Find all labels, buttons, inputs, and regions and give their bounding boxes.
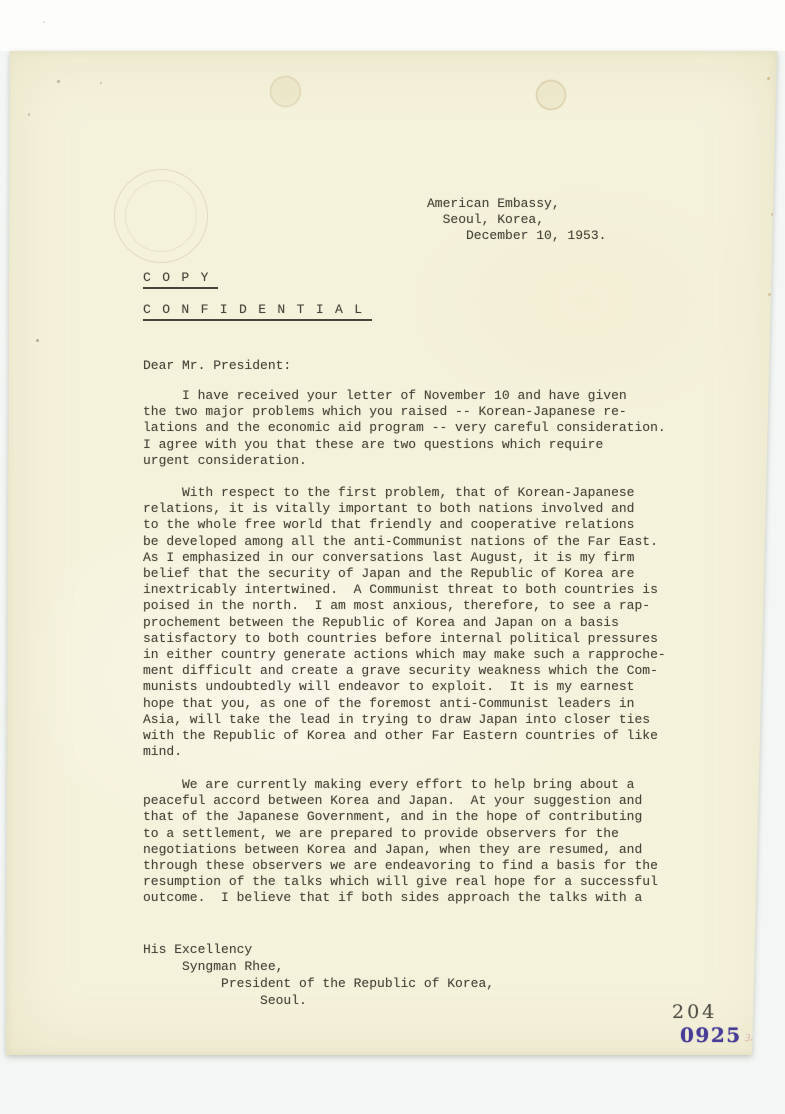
paper-speck (43, 21, 45, 23)
folio-number-stamp: 0925 (680, 1023, 742, 1047)
paper-speck (36, 339, 39, 342)
body-paragraph-1: I have received your letter of November … (143, 388, 666, 469)
scan-background: American Embassy, Seoul, Korea, December… (0, 0, 785, 1114)
paper-speck (28, 113, 30, 116)
classification-label-text: C O N F I D E N T I A L (143, 302, 372, 321)
paper-speck (57, 80, 60, 83)
page-number-stamp: 204 (672, 1001, 717, 1023)
paper-speck (100, 82, 102, 84)
stain-ring-left (270, 76, 301, 107)
copy-label-text: C O P Y (143, 270, 218, 289)
letter-paper: American Embassy, Seoul, Korea, December… (6, 51, 777, 1055)
embossed-seal-inner (125, 180, 197, 252)
paper-speck (767, 77, 770, 80)
pencil-annotation: 34 (743, 1033, 758, 1047)
salutation: Dear Mr. President: (143, 358, 291, 374)
address-date-block: American Embassy, Seoul, Korea, December… (427, 196, 606, 245)
copy-label: C O P Y (143, 270, 218, 289)
paper-speck (768, 293, 771, 296)
body-paragraph-3: We are currently making every effort to … (143, 777, 658, 907)
recipient-address-block: His Excellency Syngman Rhee, President o… (143, 941, 494, 1009)
body-paragraph-2: With respect to the first problem, that … (143, 485, 666, 760)
stain-ring-right (536, 80, 566, 110)
paper-speck (771, 213, 774, 216)
letter-page: American Embassy, Seoul, Korea, December… (6, 51, 777, 1055)
classification-label: C O N F I D E N T I A L (143, 302, 372, 321)
